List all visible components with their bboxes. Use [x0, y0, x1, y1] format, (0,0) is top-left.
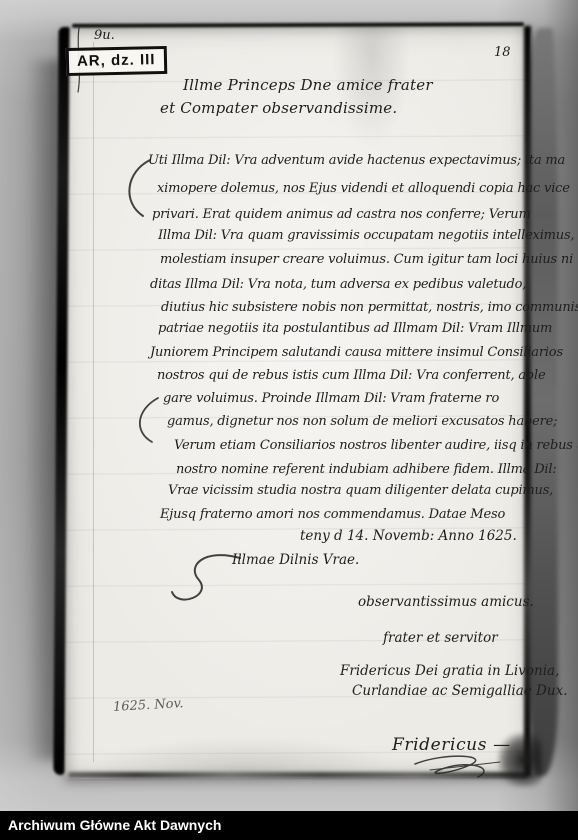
- ink-annotation: 9u.: [94, 28, 115, 43]
- archive-shelfmark-stamp: AR, dz. III: [66, 46, 167, 76]
- body-line: privari. Erat quidem animus ad castra no…: [152, 207, 531, 222]
- body-line: Juniorem Principem salutandi causa mitte…: [150, 345, 563, 360]
- margin-fold-line: [93, 42, 94, 762]
- salutation-line: et Compater observandissime.: [160, 99, 397, 117]
- closing-title-line: Curlandiae ac Semigalliae Dux.: [352, 683, 567, 699]
- archive-name-label: Archiwum Główne Akt Dawnych: [8, 817, 221, 833]
- archival-photo: AR, dz. III 9u. 18 Illme Princeps Dne am…: [0, 0, 578, 840]
- body-line: nostros qui de rebus istis cum Illma Dil…: [157, 368, 546, 383]
- body-line: ditas Illma Dil: Vra nota, tum adversa e…: [150, 277, 526, 292]
- body-line: patriae negotiis ita postulantibus ad Il…: [158, 321, 552, 336]
- body-line: Ejusq fraterno amori nos commendamus. Da…: [160, 507, 505, 522]
- body-line: Verum etiam Consiliarios nostros libente…: [174, 438, 578, 453]
- page-bottom-edge: [68, 772, 528, 778]
- dateline: teny d 14. Novemb: Anno 1625.: [300, 528, 517, 544]
- closing-friend-line: observantissimus amicus.: [358, 594, 534, 610]
- body-line: Illma Dil: Vra quam gravissimis occupata…: [158, 228, 574, 243]
- salutation-line: Illme Princeps Dne amice frater: [183, 76, 433, 94]
- body-line: gare voluimus. Proinde Illmam Dil: Vram …: [163, 391, 499, 406]
- body-line: nostro nomine referent indubiam adhibere…: [176, 462, 557, 477]
- body-line: molestiam insuper creare voluimus. Cum i…: [160, 252, 573, 267]
- body-line: ximopere dolemus, nos Ejus videndi et al…: [157, 181, 570, 196]
- archive-footer-bar: Archiwum Główne Akt Dawnych: [0, 811, 578, 840]
- body-line: Vrae vicissim studia nostra quam diligen…: [168, 483, 553, 498]
- valediction: Illmae Dilnis Vrae.: [232, 552, 359, 568]
- signature: Fridericus —: [392, 735, 511, 755]
- folio-number: 18: [494, 45, 511, 60]
- closing-title-line: Fridericus Dei gratia in Livonia,: [340, 663, 559, 679]
- body-line: diutius hic subsistere nobis non permitt…: [161, 300, 578, 315]
- closing-relation-line: frater et servitor: [383, 630, 498, 646]
- body-line: Uti Illma Dil: Vra adventum avide hacten…: [148, 153, 565, 168]
- body-line: gamus, dignetur nos non solum de meliori…: [167, 414, 557, 429]
